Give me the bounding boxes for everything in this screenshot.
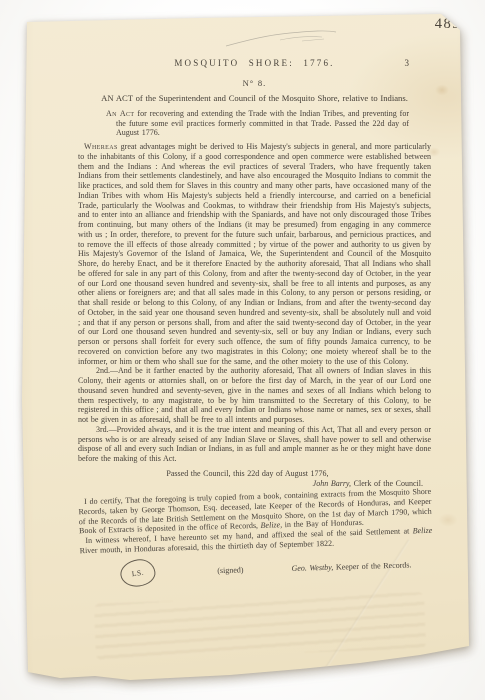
act-heading: AN ACT of the Superintendent and Council… [96,93,413,103]
subheading-lead: An Act [106,109,134,118]
paper-sheet: 489 MOSQUITO SHORE: 1776. 3 N° 8. AN ACT… [0,0,485,700]
paragraph-whereas-text: great advantages might be derived to His… [78,142,431,366]
signed-label: (signed) [217,565,243,576]
paragraph-whereas-lead: Whereas [84,142,118,151]
signer-title: Keeper of the Records. [333,560,411,571]
document-content: MOSQUITO SHORE: 1776. 3 N° 8. AN ACT of … [78,20,431,584]
document-page: 489 MOSQUITO SHORE: 1776. 3 N° 8. AN ACT… [0,0,485,700]
paragraph-second: 2nd.—And be it farther enacted by the au… [78,366,431,425]
certification-block: I do certify, That the foregoing is trul… [78,487,434,589]
page-number: 3 [405,58,410,69]
running-header-row: MOSQUITO SHORE: 1776. 3 [78,58,431,69]
clerk-attestation: John Barry, Clerk of the Council. [78,479,431,489]
clerk-name: John Barry, [313,479,351,488]
act-number: N° 8. [78,78,431,88]
folio-number: 489 [435,16,461,33]
running-header: MOSQUITO SHORE: 1776. [174,58,334,68]
signer-name: Geo. Westby, [291,563,333,573]
photo-backdrop: 489 MOSQUITO SHORE: 1776. 3 N° 8. AN ACT… [0,0,485,700]
subheading-text: for recovering and extending the Trade w… [116,109,409,138]
clerk-title: Clerk of the Council. [351,479,423,488]
verso-show-through [94,592,426,659]
witness-place: Belize [413,526,433,536]
passed-line: Passed the Council, this 22d day of Augu… [78,469,431,479]
ls-seal: LS. [119,558,157,589]
paragraph-whereas: Whereas great advantages might be derive… [78,142,431,366]
certification-place: Belize, [260,521,282,531]
act-subheading: An Act for recovering and extending the … [116,109,409,138]
paragraph-third: 3rd.—Provided always, and it is the true… [78,425,431,464]
